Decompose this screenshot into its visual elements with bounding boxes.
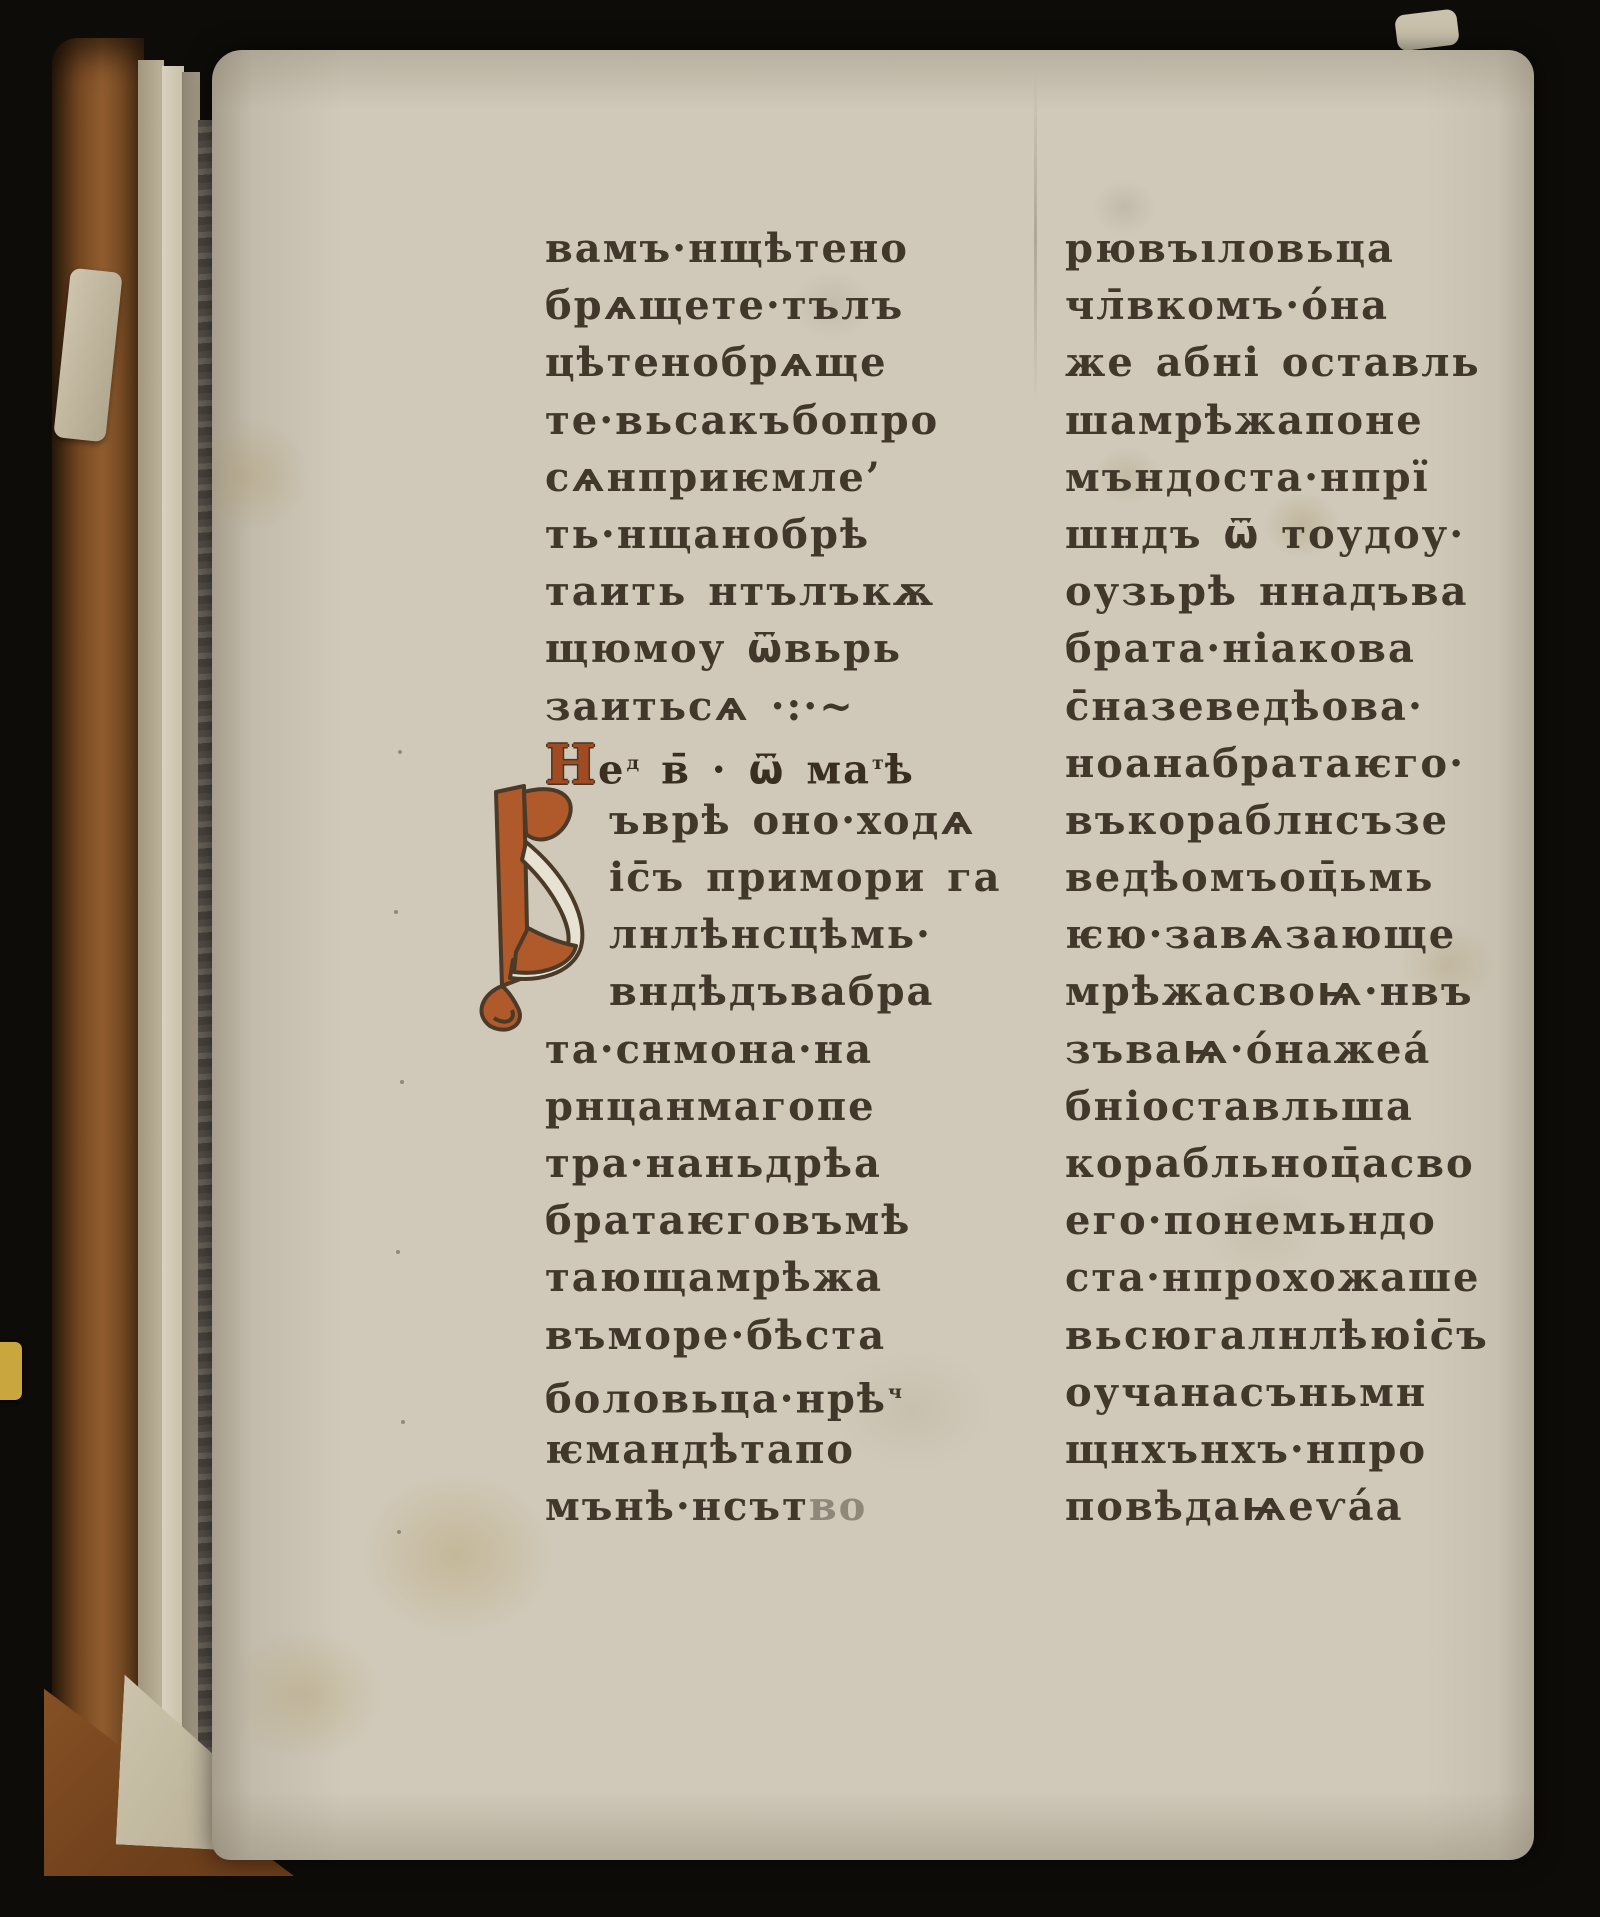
text-line: шндъ ѿ тоудоу· xyxy=(1065,506,1489,563)
text-line: таить нтълъкѫ xyxy=(545,563,1002,620)
pricking-dot xyxy=(394,910,398,914)
text-line: ть·нщанобрѣ xyxy=(545,506,1002,563)
text-line: оузьрѣ ннадъва xyxy=(1065,563,1489,620)
left-text-column: вамъ·нщѣтено брѧщете·тълъ цѣтенобрѧще те… xyxy=(545,220,1002,1535)
abbreviation-superscript: ч xyxy=(888,1381,902,1403)
text-line: мънѣ·нсътво xyxy=(545,1478,1002,1535)
text-line: его·понемьндо xyxy=(1065,1192,1489,1249)
text-line: лнлѣнсцѣмь· xyxy=(545,906,1002,963)
text-line: же абні оставль xyxy=(1065,334,1489,391)
text-line: шамрѣжапоне xyxy=(1065,392,1489,449)
pricking-dot xyxy=(400,1080,404,1084)
text-line: заитьсѧ ·:·~ xyxy=(545,678,1002,735)
rubric-superscript: д xyxy=(626,752,639,774)
text-line: те·вьсакъбопро xyxy=(545,392,1002,449)
parchment-page: вамъ·нщѣтено брѧщете·тълъ цѣтенобрѧще те… xyxy=(212,50,1534,1860)
text-line: вамъ·нщѣтено xyxy=(545,220,1002,277)
lectionary-rubric: Нед в̄ · ѿ матѣ xyxy=(545,735,1002,792)
text-line: брата·ніакова xyxy=(1065,620,1489,677)
text-line: іс̄ъ примори га xyxy=(545,849,1002,906)
text-line: бніоставльша xyxy=(1065,1078,1489,1135)
rubric-superscript: т xyxy=(872,752,884,774)
text-line: цѣтенобрѧще xyxy=(545,334,1002,391)
text-line: зъваѩ·о́нажеа́ xyxy=(1065,1021,1489,1078)
paper-sliver xyxy=(1394,8,1460,51)
page-stack-edge xyxy=(162,66,184,1846)
text-line: брѧщете·тълъ xyxy=(545,277,1002,334)
rubric-ornate-letter: Н xyxy=(545,732,598,796)
text-line: ъврѣ оно·ходѧ xyxy=(545,792,1002,849)
manuscript-photo: вамъ·нщѣтено брѧщете·тълъ цѣтенобрѧще те… xyxy=(0,0,1600,1917)
text-line: ста·нпрохожаше xyxy=(1065,1249,1489,1306)
text-line: рювъıловьца xyxy=(1065,220,1489,277)
text-line: щнхънхъ·нпро xyxy=(1065,1421,1489,1478)
pricking-dot xyxy=(397,1530,401,1534)
bookmark-tab xyxy=(0,1342,22,1400)
text-line: ведѣомъоц̄ьмь xyxy=(1065,849,1489,906)
pricking-dot xyxy=(398,750,402,754)
text-line: вндѣдъвабра xyxy=(545,963,1002,1020)
text-line: въкораблнсъзе xyxy=(1065,792,1489,849)
text-line: тра·наньдрѣа xyxy=(545,1135,1002,1192)
text-line: ноанабратаѥго· xyxy=(1065,735,1489,792)
text-line: сѧнприѥмле’ xyxy=(545,449,1002,506)
page-stack-edge xyxy=(138,60,164,1852)
pricking-dot xyxy=(401,1420,405,1424)
text-line: та·снмона·на xyxy=(545,1021,1002,1078)
pricking-dot xyxy=(396,1250,400,1254)
right-text-column: рювъıловьца чл̄вкомъ·о́на же абні оставл… xyxy=(1065,220,1489,1535)
text-line: боловьца·нрѣч xyxy=(545,1364,1002,1421)
text-line: ѥю·завѧзающе xyxy=(1065,906,1489,963)
text-line: тающамрѣжа xyxy=(545,1249,1002,1306)
faded-text: во xyxy=(809,1483,867,1530)
text-line: корабльноц̄асво xyxy=(1065,1135,1489,1192)
text-line: рнцанмагопе xyxy=(545,1078,1002,1135)
text-line: мрѣжасвоѩ·нвъ xyxy=(1065,963,1489,1020)
text-line: вьсюгалнлѣюіс̄ъ xyxy=(1065,1307,1489,1364)
text-line: въморе·бѣста xyxy=(545,1307,1002,1364)
text-line: оучанасъньмн xyxy=(1065,1364,1489,1421)
text-line: чл̄вкомъ·о́на xyxy=(1065,277,1489,334)
text-line: мъндоста·нпрї xyxy=(1065,449,1489,506)
text-line: братаѥговъмѣ xyxy=(545,1192,1002,1249)
text-line: повѣдаѩеѵа́а xyxy=(1065,1478,1489,1535)
text-line: с̄назеведѣова· xyxy=(1065,678,1489,735)
parchment-crease xyxy=(1034,74,1037,404)
text-line: ѥмандѣтапо xyxy=(545,1421,1002,1478)
text-line: щюмоу ѿвьрь xyxy=(545,620,1002,677)
